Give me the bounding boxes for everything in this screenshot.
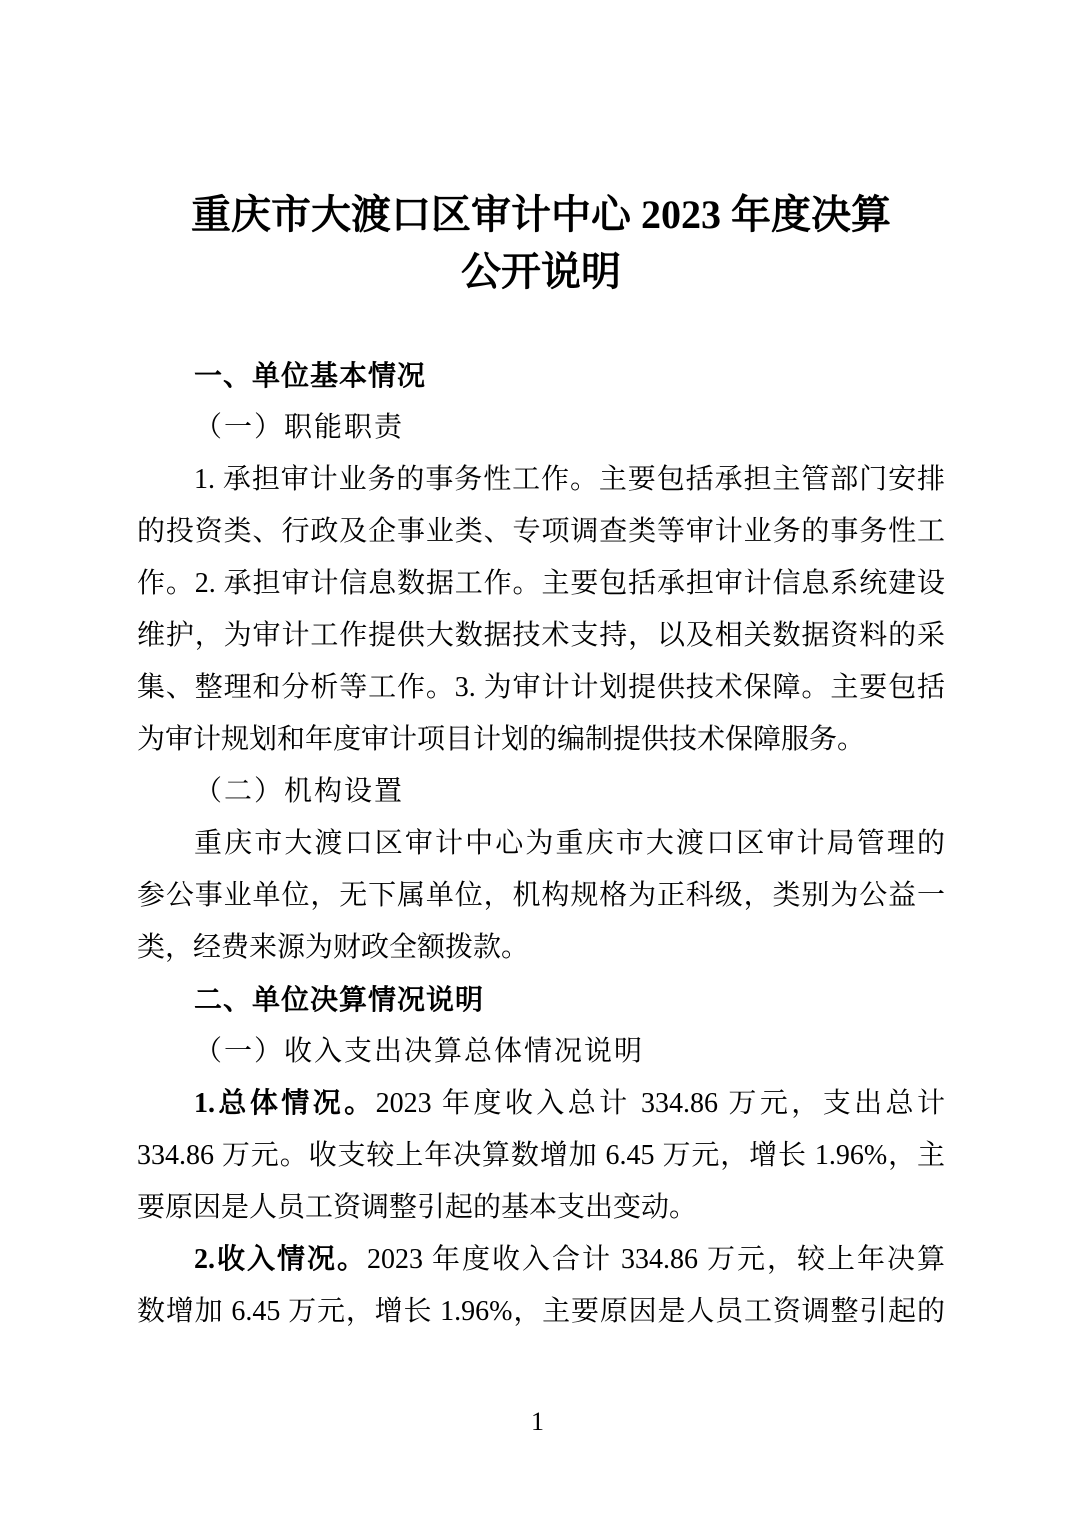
title-line-1: 重庆市大渡口区审计中心 2023 年度决算 <box>137 186 945 243</box>
page-number: 1 <box>0 1402 1075 1442</box>
paragraph-overall-line: 1.总体情况。2023 年度收入总计 334.86 万元，支出总计 <box>137 1078 945 1130</box>
title-line-2: 公开说明 <box>137 243 945 300</box>
document-page: 重庆市大渡口区审计中心 2023 年度决算公开说明 一、单位基本情况 （一）职能… <box>0 0 1075 1520</box>
paragraph-overall-line: 334.86 万元。收支较上年决算数增加 6.45 万元，增长 1.96%，主 <box>137 1130 945 1182</box>
paragraph-org-line: 参公事业单位，无下属单位，机构规格为正科级，类别为公益一 <box>137 870 945 922</box>
bold-lead-overall: 1.总体情况。 <box>194 1088 376 1119</box>
paragraph-duties-line: 集、整理和分析等工作。3. 为审计计划提供技术保障。主要包括 <box>137 662 945 714</box>
line-text: 2023 年度收入总计 334.86 万元，支出总计 <box>376 1088 945 1119</box>
document-title: 重庆市大渡口区审计中心 2023 年度决算公开说明 <box>137 186 945 300</box>
paragraph-duties-line: 维护，为审计工作提供大数据技术支持，以及相关数据资料的采 <box>137 610 945 662</box>
subheading-overall-budget: （一）收入支出决算总体情况说明 <box>137 1026 945 1078</box>
paragraph-org-line: 重庆市大渡口区审计中心为重庆市大渡口区审计局管理的 <box>137 818 945 870</box>
heading-final-accounts: 二、单位决算情况说明 <box>137 974 945 1026</box>
paragraph-duties-line: 作。2. 承担审计信息数据工作。主要包括承担审计信息系统建设 <box>137 558 945 610</box>
paragraph-overall-line: 要原因是人员工资调整引起的基本支出变动。 <box>137 1182 945 1234</box>
heading-unit-basic-info: 一、单位基本情况 <box>137 350 945 402</box>
paragraph-duties-line: 1. 承担审计业务的事务性工作。主要包括承担主管部门安排 <box>137 454 945 506</box>
subheading-duties: （一）职能职责 <box>137 402 945 454</box>
document-body: 重庆市大渡口区审计中心 2023 年度决算公开说明 一、单位基本情况 （一）职能… <box>137 186 945 1338</box>
bold-lead-income: 2.收入情况。 <box>194 1244 367 1275</box>
subheading-org-structure: （二）机构设置 <box>137 766 945 818</box>
paragraph-duties-line: 为审计规划和年度审计项目计划的编制提供技术保障服务。 <box>137 714 945 766</box>
line-text: 2023 年度收入合计 334.86 万元，较上年决算 <box>367 1244 945 1275</box>
paragraph-income-line: 数增加 6.45 万元，增长 1.96%，主要原因是人员工资调整引起的 <box>137 1286 945 1338</box>
paragraph-duties-line: 的投资类、行政及企事业类、专项调查类等审计业务的事务性工 <box>137 506 945 558</box>
paragraph-org-line: 类，经费来源为财政全额拨款。 <box>137 922 945 974</box>
paragraph-income-line: 2.收入情况。2023 年度收入合计 334.86 万元，较上年决算 <box>137 1234 945 1286</box>
